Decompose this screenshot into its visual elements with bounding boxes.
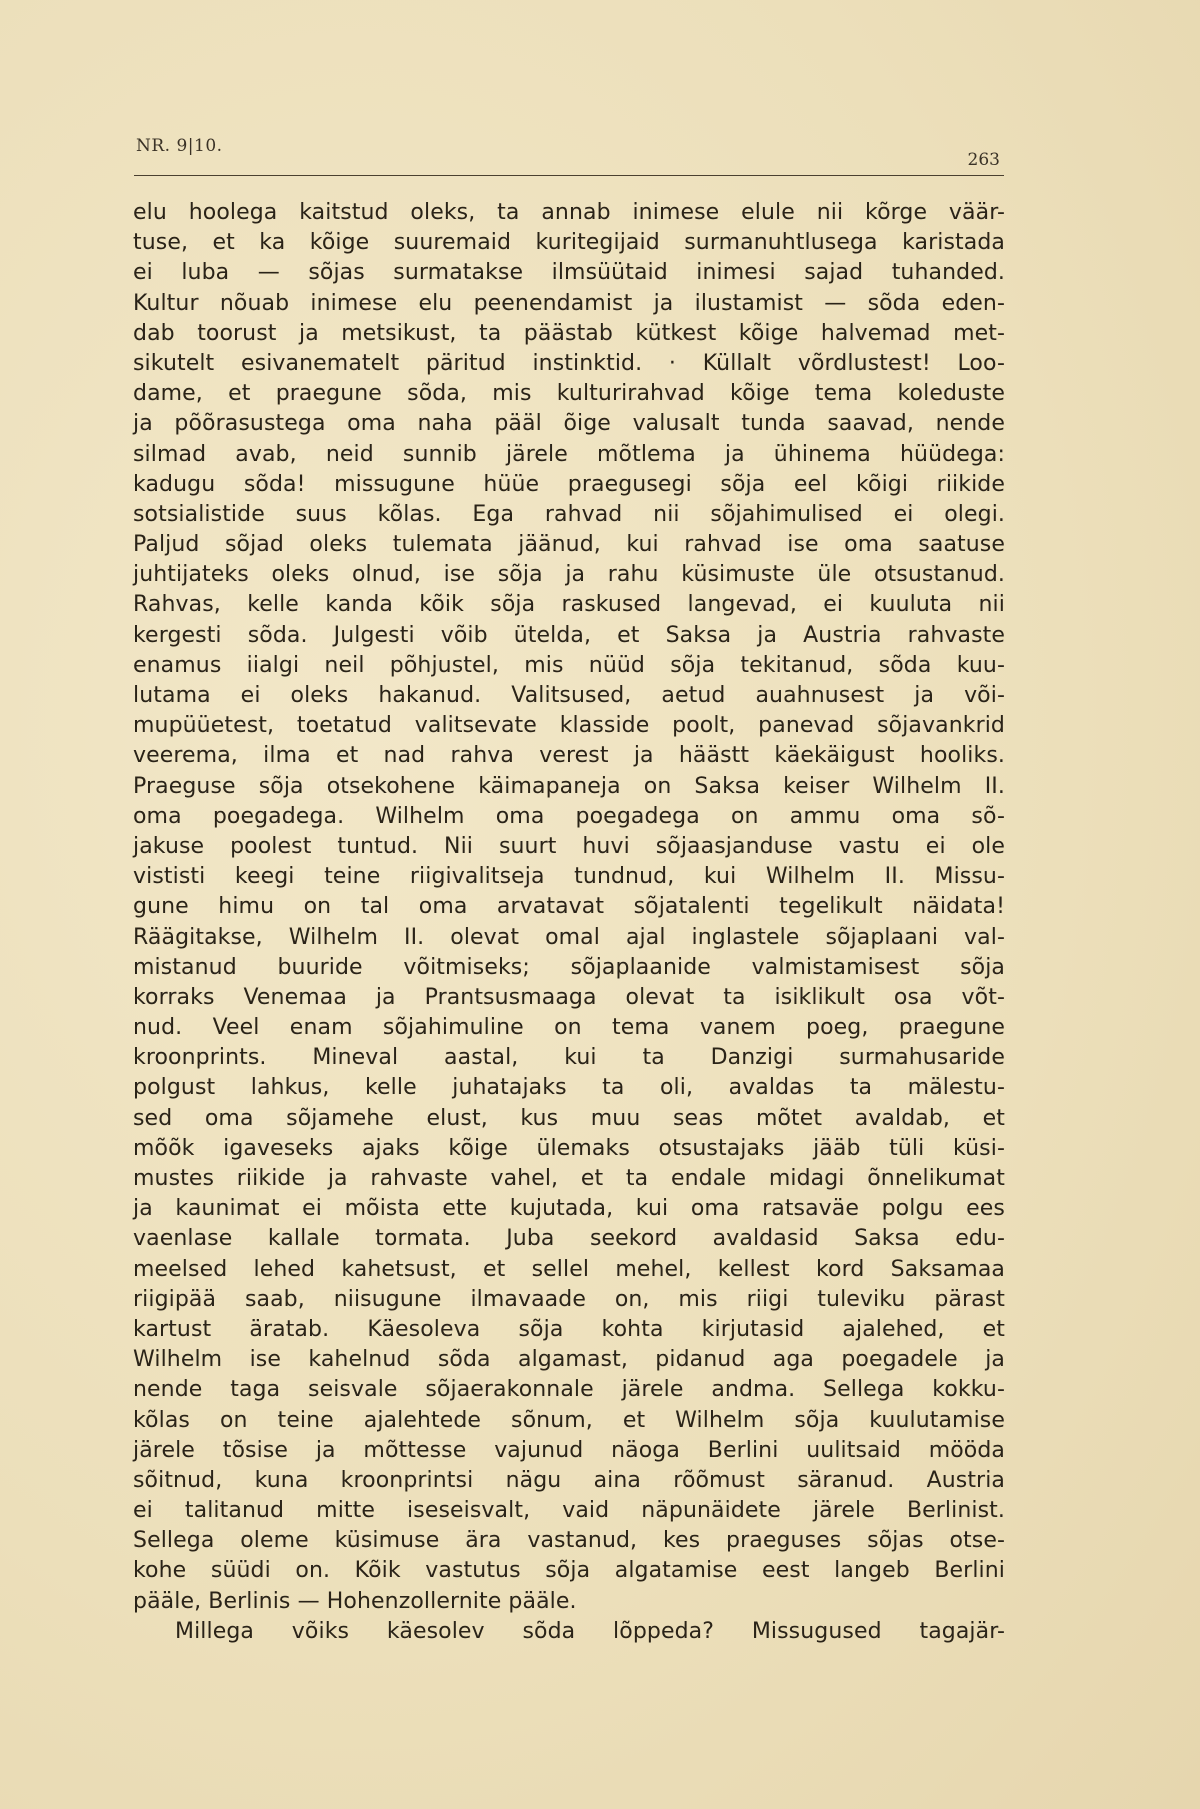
text-line: ja põõrasustega oma naha pääl õige valus… <box>133 409 1005 439</box>
page-number: 263 <box>968 150 1000 170</box>
text-line: Wilhelm ise kahelnud sõda algamast, pida… <box>133 1345 1005 1375</box>
text-line: meelsed lehed kahetsust, et sellel mehel… <box>133 1255 1005 1285</box>
text-line: vaenlase kallale tormata. Juba seekord a… <box>133 1224 1005 1254</box>
text-line: polgust lahkus, kelle juhatajaks ta oli,… <box>133 1073 1005 1103</box>
issue-number: NR. 9|10. <box>136 136 223 156</box>
text-line-paragraph-end: pääle, Berlinis — Hohenzollernite pääle. <box>133 1587 1005 1617</box>
text-line: dame, et praegune sõda, mis kulturirahva… <box>133 379 1005 409</box>
text-line: ei luba — sõjas surmatakse ilmsüütaid in… <box>133 258 1005 288</box>
text-line: mustes riikide ja rahvaste vahel, et ta … <box>133 1164 1005 1194</box>
text-line: silmad avab, neid sunnib järele mõtlema … <box>133 440 1005 470</box>
text-line: ja kaunimat ei mõista ette kujutada, kui… <box>133 1194 1005 1224</box>
page-header: NR. 9|10. 263 <box>136 132 1000 172</box>
text-line: enamus iialgi neil põhjustel, mis nüüd s… <box>133 651 1005 681</box>
text-line: sed oma sõjamehe elust, kus muu seas mõt… <box>133 1104 1005 1134</box>
text-line: Sellega oleme küsimuse ära vastanud, kes… <box>133 1526 1005 1556</box>
text-line: kroonprints. Mineval aastal, kui ta Danz… <box>133 1043 1005 1073</box>
text-line: kõlas on teine ajalehtede sõnum, et Wilh… <box>133 1406 1005 1436</box>
text-line: Rahvas, kelle kanda kõik sõja raskused l… <box>133 590 1005 620</box>
text-line: juhtijateks oleks olnud, ise sõja ja rah… <box>133 560 1005 590</box>
text-line: nende taga seisvale sõjaerakonnale järel… <box>133 1375 1005 1405</box>
text-line: sotsialistide suus kõlas. Ega rahvad nii… <box>133 500 1005 530</box>
text-line: Räägitakse, Wilhelm II. olevat omal ajal… <box>133 923 1005 953</box>
text-line: gune himu on tal oma arvatavat sõjatalen… <box>133 892 1005 922</box>
text-line: Paljud sõjad oleks tulemata jäänud, kui … <box>133 530 1005 560</box>
text-line: elu hoolega kaitstud oleks, ta annab ini… <box>133 198 1005 228</box>
text-line: veerema, ilma et nad rahva verest ja hää… <box>133 741 1005 771</box>
text-line: Praeguse sõja otsekohene käimapaneja on … <box>133 772 1005 802</box>
text-line: dab toorust ja metsikust, ta päästab küt… <box>133 319 1005 349</box>
next-paragraph-line: Millega võiks käesolev sõda lõppeda? Mis… <box>133 1617 1005 1647</box>
text-line: tuse, et ka kõige suuremaid kuritegijaid… <box>133 228 1005 258</box>
text-line: kergesti sõda. Julgesti võib ütelda, et … <box>133 621 1005 651</box>
text-line: mupüüetest, toetatud valitsevate klassid… <box>133 711 1005 741</box>
text-line: sikutelt esivanematelt päritud instinkti… <box>133 349 1005 379</box>
text-line: oma poegadega. Wilhelm oma poegadega on … <box>133 802 1005 832</box>
text-line: riigipää saab, niisugune ilmavaade on, m… <box>133 1285 1005 1315</box>
text-line: nud. Veel enam sõjahimuline on tema vane… <box>133 1013 1005 1043</box>
text-line: jakuse poolest tuntud. Nii suurt huvi sõ… <box>133 832 1005 862</box>
text-line: järele tõsise ja mõttesse vajunud näoga … <box>133 1436 1005 1466</box>
article-body: elu hoolega kaitstud oleks, ta annab ini… <box>133 198 1005 1647</box>
text-line: lutama ei oleks hakanud. Valitsused, aet… <box>133 681 1005 711</box>
text-line: ei talitanud mitte iseseisvalt, vaid näp… <box>133 1496 1005 1526</box>
text-line: sõitnud, kuna kroonprintsi nägu aina rõõ… <box>133 1466 1005 1496</box>
text-line: vististi keegi teine riigivalitseja tund… <box>133 862 1005 892</box>
text-line: mistanud buuride võitmiseks; sõjaplaanid… <box>133 953 1005 983</box>
text-line: kartust äratab. Käesoleva sõja kohta kir… <box>133 1315 1005 1345</box>
text-line: Kultur nõuab inimese elu peenendamist ja… <box>133 289 1005 319</box>
text-line: kohe süüdi on. Kõik vastutus sõja algata… <box>133 1556 1005 1586</box>
header-rule <box>134 175 1004 176</box>
text-line: korraks Venemaa ja Prantsusmaaga olevat … <box>133 983 1005 1013</box>
text-line: mõõk igaveseks ajaks kõige ülemaks otsus… <box>133 1134 1005 1164</box>
text-line: kadugu sõda! missugune hüüe praegusegi s… <box>133 470 1005 500</box>
